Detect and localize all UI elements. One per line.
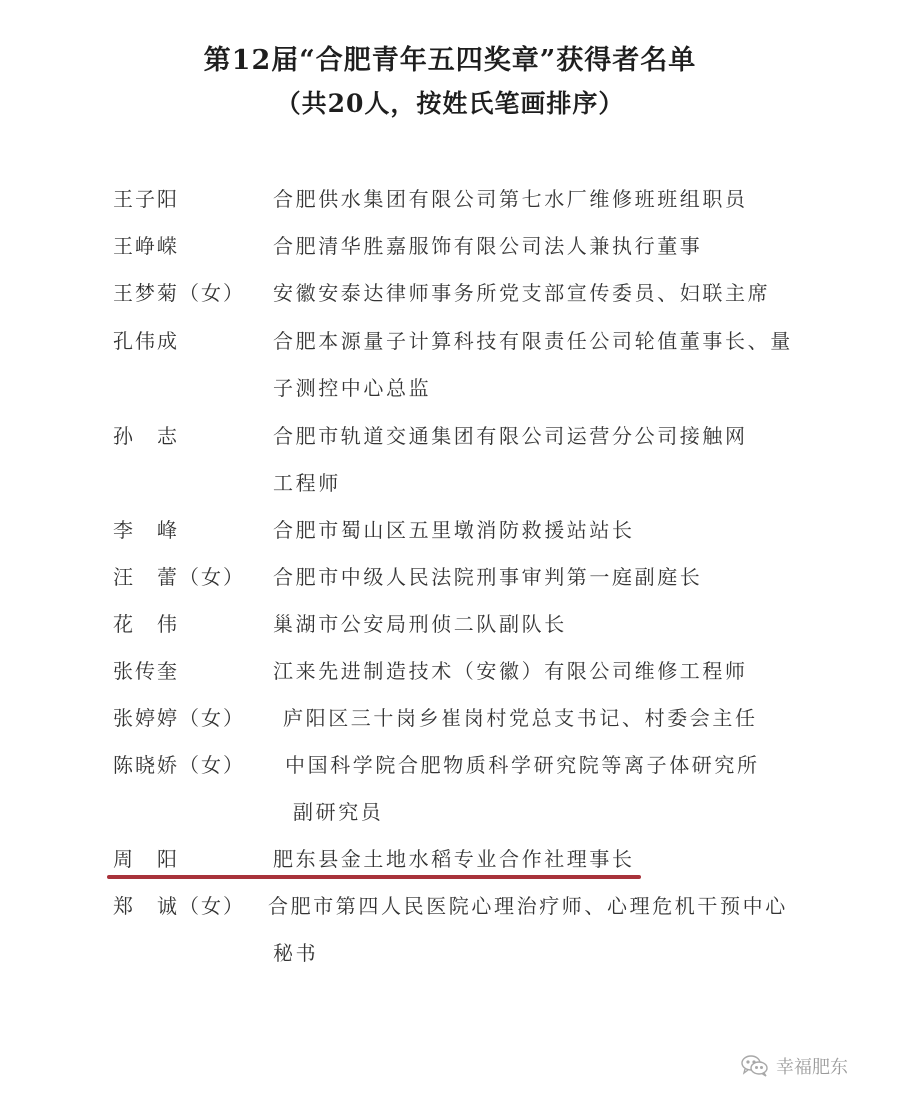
awardee-position: 肥东县金土地水稻专业合作社理事长 xyxy=(273,843,635,872)
awardee-position-continued: 子测控中心总监 xyxy=(273,372,431,401)
awardee-position-continued: 秘书 xyxy=(273,937,318,966)
list-item: 花 伟 巢湖市公安局刑侦二队副队长 xyxy=(0,608,900,648)
list-item: 汪 蕾（女） 合肥市中级人民法院刑事审判第一庭副庭长 xyxy=(0,561,900,601)
awardee-name: 孙 志 xyxy=(113,420,179,449)
awardee-name: 孔伟成 xyxy=(113,325,179,354)
awardee-name: 花 伟 xyxy=(113,608,179,637)
awardee-name: 汪 蕾（女） xyxy=(113,561,245,590)
wechat-icon xyxy=(740,1054,770,1078)
list-item: 孔伟成 合肥本源量子计算科技有限责任公司轮值董事长、量 子测控中心总监 xyxy=(0,325,900,365)
list-item: 王峥嵘 合肥清华胜嘉服饰有限公司法人兼执行董事 xyxy=(0,230,900,270)
awardee-name: 张婷婷（女） xyxy=(113,702,245,731)
awardee-position: 江来先进制造技术（安徽）有限公司维修工程师 xyxy=(273,655,748,684)
awardee-position: 安徽安泰达律师事务所党支部宣传委员、妇联主席 xyxy=(273,277,770,306)
awardee-name: 王子阳 xyxy=(113,183,179,212)
watermark-label: 幸福肥东 xyxy=(776,1053,848,1079)
awardee-position: 合肥市蜀山区五里墩消防救援站站长 xyxy=(273,514,635,543)
list-item: 王子阳 合肥供水集团有限公司第七水厂维修班班组职员 xyxy=(0,183,900,223)
awardee-position: 合肥市中级人民法院刑事审判第一庭副庭长 xyxy=(273,561,702,590)
list-item: 孙 志 合肥市轨道交通集团有限公司运营分公司接触网 工程师 xyxy=(0,420,900,460)
awardee-position: 合肥市第四人民医院心理治疗师、心理危机干预中心 xyxy=(268,890,788,919)
awardee-position: 巢湖市公安局刑侦二队副队长 xyxy=(273,608,567,637)
list-item: 陈晓娇（女） 中国科学院合肥物质科学研究院等离子体研究所 副研究员 xyxy=(0,749,900,789)
highlight-underline xyxy=(107,875,641,879)
awardee-name: 陈晓娇（女） xyxy=(113,749,245,778)
awardee-position-continued: 工程师 xyxy=(273,467,341,496)
list-item: 王梦菊（女） 安徽安泰达律师事务所党支部宣传委员、妇联主席 xyxy=(0,277,900,317)
awardee-name: 周 阳 xyxy=(113,843,179,872)
list-item: 李 峰 合肥市蜀山区五里墩消防救援站站长 xyxy=(0,514,900,554)
awardee-position: 合肥市轨道交通集团有限公司运营分公司接触网 xyxy=(273,420,748,449)
watermark: 幸福肥东 xyxy=(740,1053,848,1079)
awardee-name: 张传奎 xyxy=(113,655,179,684)
awardee-name: 王梦菊（女） xyxy=(113,277,245,306)
awardee-position: 合肥清华胜嘉服饰有限公司法人兼执行董事 xyxy=(273,230,702,259)
awardee-position: 庐阳区三十岗乡崔岗村党总支书记、村委会主任 xyxy=(283,702,758,731)
awardee-name: 李 峰 xyxy=(113,514,179,543)
awardee-position-continued: 副研究员 xyxy=(293,796,383,825)
awardee-position: 中国科学院合肥物质科学研究院等离子体研究所 xyxy=(285,749,760,778)
awardee-position: 合肥本源量子计算科技有限责任公司轮值董事长、量 xyxy=(273,325,793,354)
list-item: 张传奎 江来先进制造技术（安徽）有限公司维修工程师 xyxy=(0,655,900,695)
list-item: 郑 诚（女） 合肥市第四人民医院心理治疗师、心理危机干预中心 秘书 xyxy=(0,890,900,930)
awardee-position: 合肥供水集团有限公司第七水厂维修班班组职员 xyxy=(273,183,748,212)
page-title: 第12届“合肥青年五四奖章”获得者名单 xyxy=(0,38,900,77)
awardee-name: 王峥嵘 xyxy=(113,230,179,259)
awardee-name: 郑 诚（女） xyxy=(113,890,245,919)
list-item: 张婷婷（女） 庐阳区三十岗乡崔岗村党总支书记、村委会主任 xyxy=(0,702,900,742)
page-subtitle: （共20人，按姓氏笔画排序） xyxy=(0,84,900,120)
